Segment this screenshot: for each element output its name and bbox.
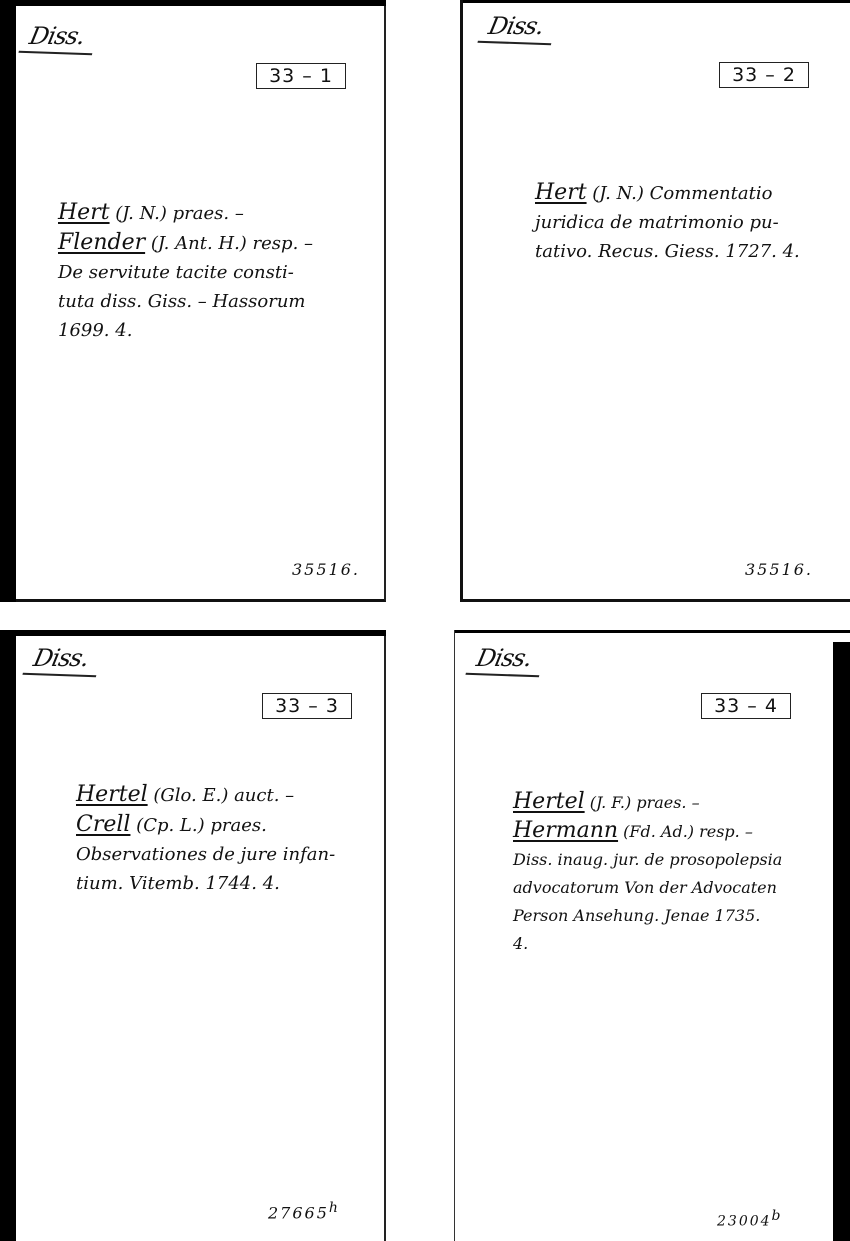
entry-line: 1699. 4. (58, 316, 313, 345)
catalog-number: 35516. (745, 560, 813, 579)
author-name: Flender (58, 230, 145, 255)
catalog-card-1: Diss. 33 – 1 Hert (J. N.) praes. – Flend… (8, 0, 386, 602)
catalog-card-4: Diss. 33 – 4 Hertel (J. F.) praes. – Her… (454, 630, 850, 1241)
card-code: 33 – 3 (262, 693, 352, 719)
entry-line: Flender (J. Ant. H.) resp. – (58, 228, 313, 258)
diss-mark: Diss. (27, 22, 87, 50)
catalog-number: 23004b (717, 1208, 783, 1230)
author-name: Hertel (513, 789, 585, 814)
diss-mark: Diss. (486, 12, 546, 40)
card-code: 33 – 4 (701, 693, 791, 719)
entry-line: tuta diss. Giss. – Hassorum (58, 287, 313, 316)
diss-mark: Diss. (31, 644, 91, 672)
card-code: 33 – 1 (256, 63, 346, 89)
author-name: Hertel (76, 782, 148, 807)
author-name: Hermann (513, 818, 618, 843)
scan-border (0, 0, 16, 602)
catalog-suffix: b (772, 1208, 783, 1224)
catalog-suffix: h (329, 1200, 340, 1216)
diss-mark: Diss. (474, 644, 534, 672)
catalog-number: 27665h (268, 1200, 340, 1222)
card-entry: Hert (J. N.) Commentatio juridica de mat… (535, 178, 800, 266)
catalog-card-3: Diss. 33 – 3 Hertel (Glo. E.) auct. – Cr… (0, 630, 386, 1241)
scan-border (463, 0, 850, 3)
entry-line: juridica de matrimonio pu- (535, 208, 800, 237)
entry-line: tativo. Recus. Giess. 1727. 4. (535, 237, 800, 266)
scan-border (0, 630, 386, 636)
card-entry: Hertel (J. F.) praes. – Hermann (Fd. Ad.… (513, 788, 782, 958)
catalog-number: 35516. (292, 560, 360, 579)
card-entry: Hert (J. N.) praes. – Flender (J. Ant. H… (58, 198, 313, 345)
entry-line: Hertel (Glo. E.) auct. – (76, 780, 335, 810)
scan-border (833, 642, 850, 1241)
entry-line: Hermann (Fd. Ad.) resp. – (513, 817, 782, 846)
entry-line: tium. Vitemb. 1744. 4. (76, 869, 335, 898)
entry-line: De servitute tacite consti- (58, 258, 313, 287)
entry-line: Crell (Cp. L.) praes. (76, 810, 335, 840)
catalog-card-2: Diss. 33 – 2 Hert (J. N.) Commentatio ju… (460, 0, 850, 602)
author-name: Crell (76, 812, 130, 837)
card-code: 33 – 2 (719, 62, 809, 88)
entry-line: Hert (J. N.) praes. – (58, 198, 313, 228)
scan-border (8, 0, 386, 6)
entry-line: Hertel (J. F.) praes. – (513, 788, 782, 817)
card-entry: Hertel (Glo. E.) auct. – Crell (Cp. L.) … (76, 780, 335, 898)
scan-border (455, 630, 850, 633)
author-name: Hert (535, 180, 587, 205)
entry-line: 4. (513, 930, 782, 958)
entry-line: Observationes de jure infan- (76, 840, 335, 869)
scan-border (0, 630, 16, 1241)
author-name: Hert (58, 200, 110, 225)
entry-line: Hert (J. N.) Commentatio (535, 178, 800, 208)
entry-line: Person Ansehung. Jenae 1735. (513, 902, 782, 930)
entry-line: advocatorum Von der Advocaten (513, 874, 782, 902)
entry-line: Diss. inaug. jur. de prosopolepsia (513, 846, 782, 874)
